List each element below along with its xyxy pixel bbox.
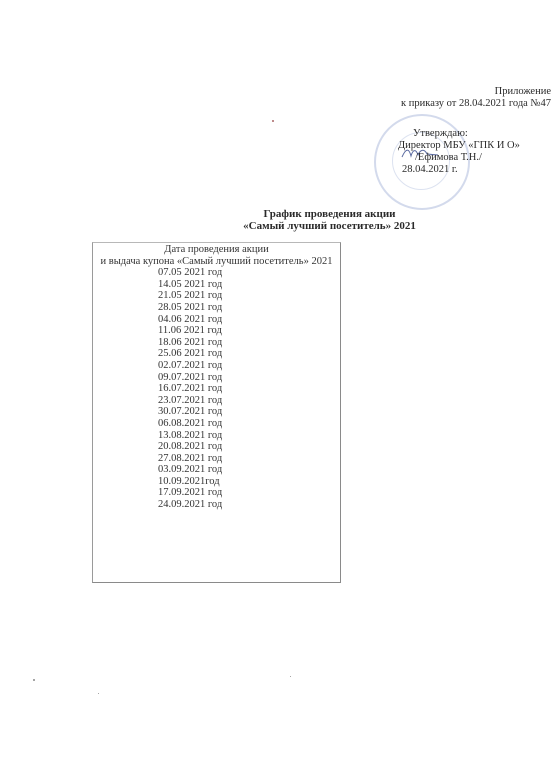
- date-row: 13.08.2021 год: [93, 430, 340, 442]
- date-row: 30.07.2021 год: [93, 406, 340, 418]
- document-subtitle: «Самый лучший посетитель» 2021: [0, 220, 559, 232]
- date-row: 27.08.2021 год: [93, 453, 340, 465]
- scan-speck: [272, 120, 274, 122]
- table-header-line-2: и выдача купона «Самый лучший посетитель…: [93, 256, 340, 268]
- date-row: 02.07.2021 год: [93, 360, 340, 372]
- date-row: 23.07.2021 год: [93, 395, 340, 407]
- date-row: 20.08.2021 год: [93, 441, 340, 453]
- date-row: 09.07.2021 год: [93, 372, 340, 384]
- date-row: 11.06 2021 год: [93, 325, 340, 337]
- date-row: 04.06 2021 год: [93, 314, 340, 326]
- approval-label: Утверждаю:: [413, 128, 468, 139]
- document-title: График проведения акции: [0, 208, 559, 220]
- date-row: 21.05 2021 год: [93, 290, 340, 302]
- order-reference: к приказу от 28.04.2021 года №47: [401, 98, 551, 110]
- date-row: 14.05 2021 год: [93, 279, 340, 291]
- date-row: 03.09.2021 год: [93, 464, 340, 476]
- date-row: 07.05 2021 год: [93, 267, 340, 279]
- date-list: 07.05 2021 год14.05 2021 год21.05 2021 г…: [93, 267, 340, 510]
- date-row: 24.09.2021 год: [93, 499, 340, 511]
- date-row: 10.09.2021год: [93, 476, 340, 488]
- date-row: 17.09.2021 год: [93, 487, 340, 499]
- date-row: 25.06 2021 год: [93, 348, 340, 360]
- date-row: 16.07.2021 год: [93, 383, 340, 395]
- scan-speck: [33, 679, 35, 681]
- signer-name: /Ефимова Т.Н./: [415, 152, 482, 163]
- approval-date: 28.04.2021 г.: [402, 164, 458, 175]
- scan-speck: [98, 693, 99, 694]
- date-row: 06.08.2021 год: [93, 418, 340, 430]
- scan-speck: [290, 676, 291, 677]
- table-header-line-1: Дата проведения акции: [93, 244, 340, 256]
- date-row: 28.05 2021 год: [93, 302, 340, 314]
- schedule-table: Дата проведения акции и выдача купона «С…: [92, 242, 341, 583]
- date-row: 18.06 2021 год: [93, 337, 340, 349]
- appendix-label: Приложение: [495, 86, 551, 98]
